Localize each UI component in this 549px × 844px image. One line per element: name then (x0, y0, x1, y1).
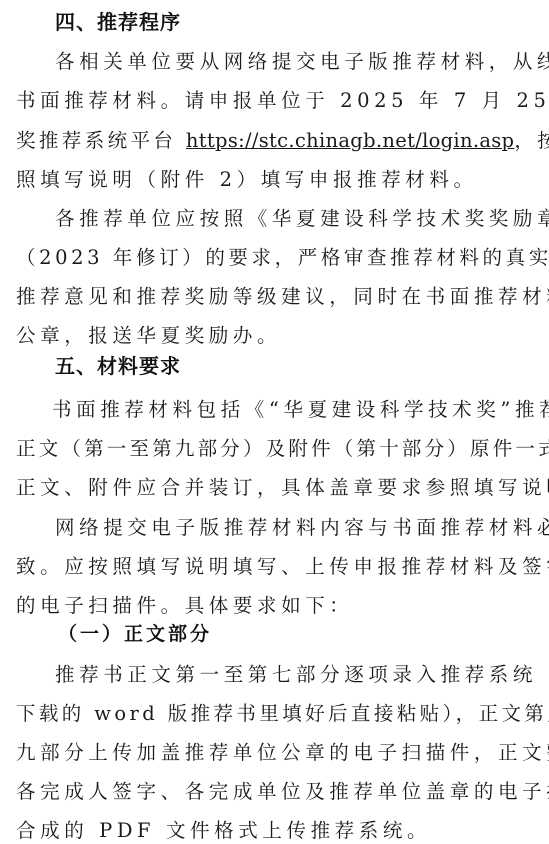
paragraph-line: 各推荐单位应按照《华夏建设科学技术奖奖励章程》 (55, 207, 522, 231)
paragraph-line: 照填写说明（附件 2）填写申报推荐材料。 (16, 168, 522, 192)
paragraph-line: 下载的 word 版推荐书里填好后直接粘贴），正文第八和第 (16, 702, 522, 726)
paragraph-line: 合成的 PDF 文件格式上传推荐系统。 (16, 819, 522, 843)
paragraph-line: 网络提交电子版推荐材料内容与书面推荐材料必须一 (55, 516, 522, 540)
paragraph-line: 正文、附件应合并装订，具体盖章要求参照填写说明。 (16, 476, 522, 500)
paragraph-line: 各完成人签字、各完成单位及推荐单位盖章的电子扫描件以 (16, 780, 522, 804)
section-heading-material-requirements: 五、材料要求 (55, 354, 181, 378)
link-prefix-text: 奖推荐系统平台 (16, 129, 186, 152)
paragraph-line: 书面推荐材料包括《“华夏建设科学技术奖”推荐书》 (52, 398, 522, 422)
link-suffix-text: ，按 (514, 129, 549, 152)
paragraph-line: 正文（第一至第九部分）及附件（第十部分）原件一式 1 套。 (16, 437, 522, 461)
paragraph-line-with-link: 奖推荐系统平台 https://stc.chinagb.net/login.as… (16, 129, 522, 153)
paragraph-line: 公章，报送华夏奖励办。 (16, 324, 522, 348)
paragraph-line: （2023 年修订）的要求，严格审查推荐材料的真实性，提出 (16, 246, 522, 270)
paragraph-line: 推荐书正文第一至第七部分逐项录入推荐系统（可先在 (55, 663, 522, 687)
paragraph-line: 推荐意见和推荐奖励等级建议，同时在书面推荐材料上加盖 (16, 285, 522, 309)
paragraph-line: 的电子扫描件。具体要求如下： (16, 594, 522, 618)
section-heading-recommendation-procedure: 四、推荐程序 (55, 10, 181, 34)
paragraph-line: 书面推荐材料。请申报单位于 2025 年 7 月 25 日起登录华夏 (16, 89, 522, 113)
subsection-heading-main-text: （一）正文部分 (58, 622, 212, 646)
system-login-link[interactable]: https://stc.chinagb.net/login.asp (186, 129, 514, 152)
paragraph-line: 各相关单位要从网络提交电子版推荐材料，从线下报送 (55, 50, 522, 74)
paragraph-line: 九部分上传加盖推荐单位公章的电子扫描件，正文整体应将 (16, 741, 522, 765)
paragraph-line: 致。应按照填写说明填写、上传申报推荐材料及签字、盖章 (16, 555, 522, 579)
